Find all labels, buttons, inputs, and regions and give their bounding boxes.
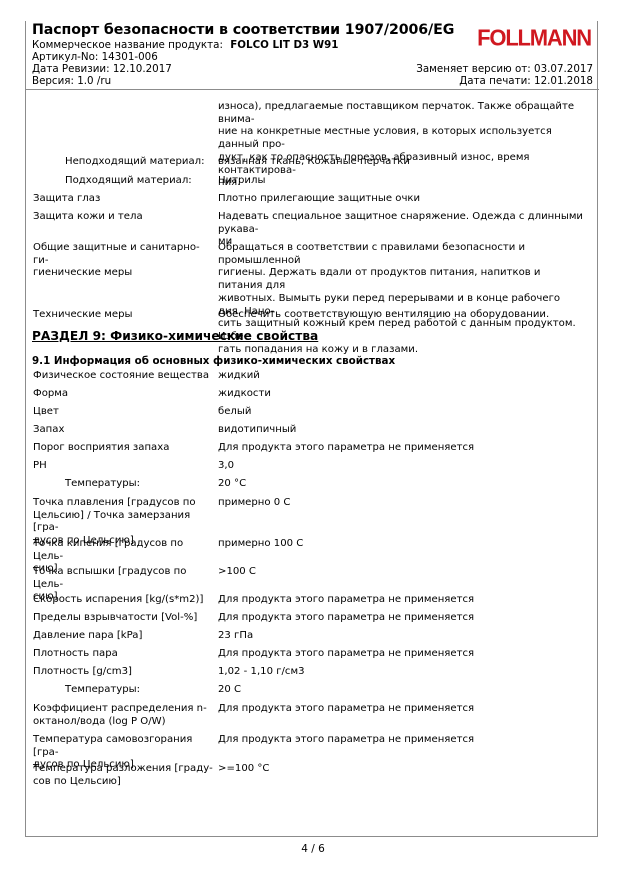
property-label: PH <box>33 460 213 473</box>
version: Версия: 1.0 /ru <box>32 75 111 87</box>
property-value: белый <box>218 406 583 419</box>
property-value: Обеспечить соответствующую вентиляцию на… <box>218 309 583 322</box>
property-value: 20 C <box>218 684 583 697</box>
property-label: Технические меры <box>33 309 213 322</box>
product-name-line: Коммерческое название продукта: FOLCO LI… <box>32 39 338 51</box>
article-number: Артикул-No: 14301-006 <box>32 51 158 63</box>
property-value: 3,0 <box>218 460 583 473</box>
property-value: Для продукта этого параметра не применяе… <box>218 648 583 661</box>
property-value: Для продукта этого параметра не применяе… <box>218 703 583 716</box>
property-value: Для продукта этого параметра не применяе… <box>218 734 583 747</box>
property-value: >100 C <box>218 566 583 579</box>
page-number: 4 / 6 <box>0 843 626 855</box>
property-value: >=100 °C <box>218 763 583 776</box>
product-label: Коммерческое название продукта: <box>32 39 223 51</box>
property-label: Пределы взрывчатости [Vol-%] <box>33 612 213 625</box>
property-label: Форма <box>33 388 213 401</box>
section-9-1-subtitle: 9.1 Информация об основных физико-химиче… <box>32 355 395 367</box>
property-label: Давление пара [kPa] <box>33 630 213 643</box>
property-value: Для продукта этого параметра не применяе… <box>218 594 583 607</box>
property-value: 20 °C <box>218 478 583 491</box>
property-value: вязанная ткань, Кожаные перчатки <box>218 156 583 169</box>
product-name: FOLCO LIT D3 W91 <box>230 39 338 51</box>
replaces-version: Заменяет версию от: 03.07.2017 <box>416 63 593 75</box>
property-label: Плотность пара <box>33 648 213 661</box>
section-9-title: РАЗДЕЛ 9: Физико-химические свойства <box>32 329 318 343</box>
property-value: жидкий <box>218 370 583 383</box>
property-value: Плотно прилегающие защитные очки <box>218 193 583 206</box>
property-label: Скорость испарения [kg/(s*m2)] <box>33 594 213 607</box>
property-label: Коэффициент распределения n- октанол/вод… <box>33 703 213 728</box>
property-value: жидкости <box>218 388 583 401</box>
property-label: Порог восприятия запаха <box>33 442 213 455</box>
property-label: Запах <box>33 424 213 437</box>
property-value: Для продукта этого параметра не применяе… <box>218 612 583 625</box>
document-page: Паспорт безопасности в соответствии 1907… <box>25 21 598 837</box>
property-label: Общие защитные и санитарно-ги- гиеническ… <box>33 242 213 280</box>
property-label: Температура разложения [граду- сов по Це… <box>33 763 213 788</box>
print-date: Дата печати: 12.01.2018 <box>459 75 593 87</box>
property-value: примерно 0 C <box>218 497 583 510</box>
property-value: примерно 100 C <box>218 538 583 551</box>
property-label: Плотность [g/cm3] <box>33 666 213 679</box>
property-value: 1,02 - 1,10 г/см3 <box>218 666 583 679</box>
document-title: Паспорт безопасности в соответствии 1907… <box>32 22 454 38</box>
property-label: Защита глаз <box>33 193 213 206</box>
property-label: Цвет <box>33 406 213 419</box>
follmann-logo: FOLLMANN <box>477 24 591 51</box>
property-label: Физическое состояние вещества <box>33 370 213 383</box>
property-value: видотипичный <box>218 424 583 437</box>
property-value: Нитрилы <box>218 175 583 188</box>
property-label: Защита кожи и тела <box>33 211 213 224</box>
property-value: Для продукта этого параметра не применяе… <box>218 442 583 455</box>
property-value: 23 гПа <box>218 630 583 643</box>
revision-date: Дата Ревизии: 12.10.2017 <box>32 63 172 75</box>
page-header: Паспорт безопасности в соответствии 1907… <box>26 21 599 90</box>
